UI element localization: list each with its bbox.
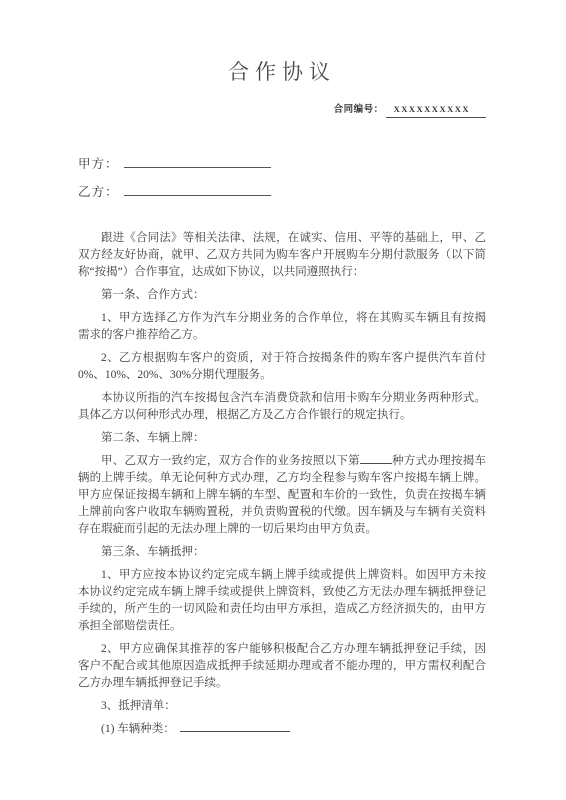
vehicle-type-blank-line: [180, 721, 290, 732]
document-title: 合作协议: [78, 58, 486, 86]
section-1-paragraph-2: 2、乙方根据购车客户的资质，对于符合按揭条件的购车客户提供汽车首付0%、10%、…: [78, 350, 486, 384]
party-a-label: 甲方：: [78, 157, 119, 171]
vehicle-type-label: (1) 车辆种类：: [101, 723, 175, 735]
section-1-paragraph-1: 1、甲方选择乙方作为汽车分期业务的合作单位，将在其购买车辆且有按揭需求的客户推荐…: [78, 310, 486, 344]
document-content: 合作协议 合同编号：XXXXXXXXXX 甲方： 乙方： 跟进《合同法》等相关法…: [0, 0, 566, 738]
contract-number-label: 合同编号：: [334, 105, 384, 115]
party-a-row: 甲方：: [78, 154, 486, 173]
document-body: 跟进《合同法》等相关法律、法规，在诚实、信用、平等的基础上，甲、乙双方经友好协商…: [78, 230, 486, 738]
section-3-heading: 第三条、车辆抵押：: [78, 544, 486, 561]
section-2-heading: 第二条、车辆上牌：: [78, 430, 486, 447]
section-3-paragraph-3: 3、抵押清单：: [78, 698, 486, 715]
contract-document-page: 合作协议 合同编号：XXXXXXXXXX 甲方： 乙方： 跟进《合同法》等相关法…: [0, 0, 566, 800]
party-a-blank-line: [124, 154, 271, 168]
section-2-text-before-blank: 甲、乙双方一致约定，双方合作的业务按照以下第: [101, 455, 360, 467]
section-3-paragraph-2: 2、甲方应确保其推荐的客户能够积极配合乙方办理车辆抵押登记手续，因客户不配合或其…: [78, 641, 486, 692]
party-b-row: 乙方：: [78, 182, 486, 201]
intro-paragraph: 跟进《合同法》等相关法律、法规，在诚实、信用、平等的基础上，甲、乙双方经友好协商…: [78, 230, 486, 281]
vehicle-type-row: (1) 车辆种类：: [78, 721, 486, 738]
method-number-blank-line: [360, 453, 392, 464]
section-2-paragraph-1: 甲、乙双方一致约定，双方合作的业务按照以下第种方式办理按揭车辆的上牌手续。单无论…: [78, 453, 486, 538]
section-2-text-after-blank: 种方式办理按揭车辆的上牌手续。单无论何种方式办理，乙方均全程参与购车客户按揭车辆…: [78, 455, 486, 535]
section-3-paragraph-1: 1、甲方应按本协议约定完成车辆上牌手续或提供上牌资料。如因甲方未按本协议约定完成…: [78, 567, 486, 635]
contract-number-value: XXXXXXXXXX: [386, 102, 486, 118]
section-1-paragraph-3: 本协议所指的汽车按揭包含汽车消费贷款和信用卡购车分期业务两种形式。具体乙方以何种…: [78, 390, 486, 424]
section-1-heading: 第一条、合作方式：: [78, 287, 486, 304]
party-b-blank-line: [124, 182, 271, 196]
party-b-label: 乙方：: [78, 185, 119, 199]
contract-number-row: 合同编号：XXXXXXXXXX: [78, 102, 486, 118]
